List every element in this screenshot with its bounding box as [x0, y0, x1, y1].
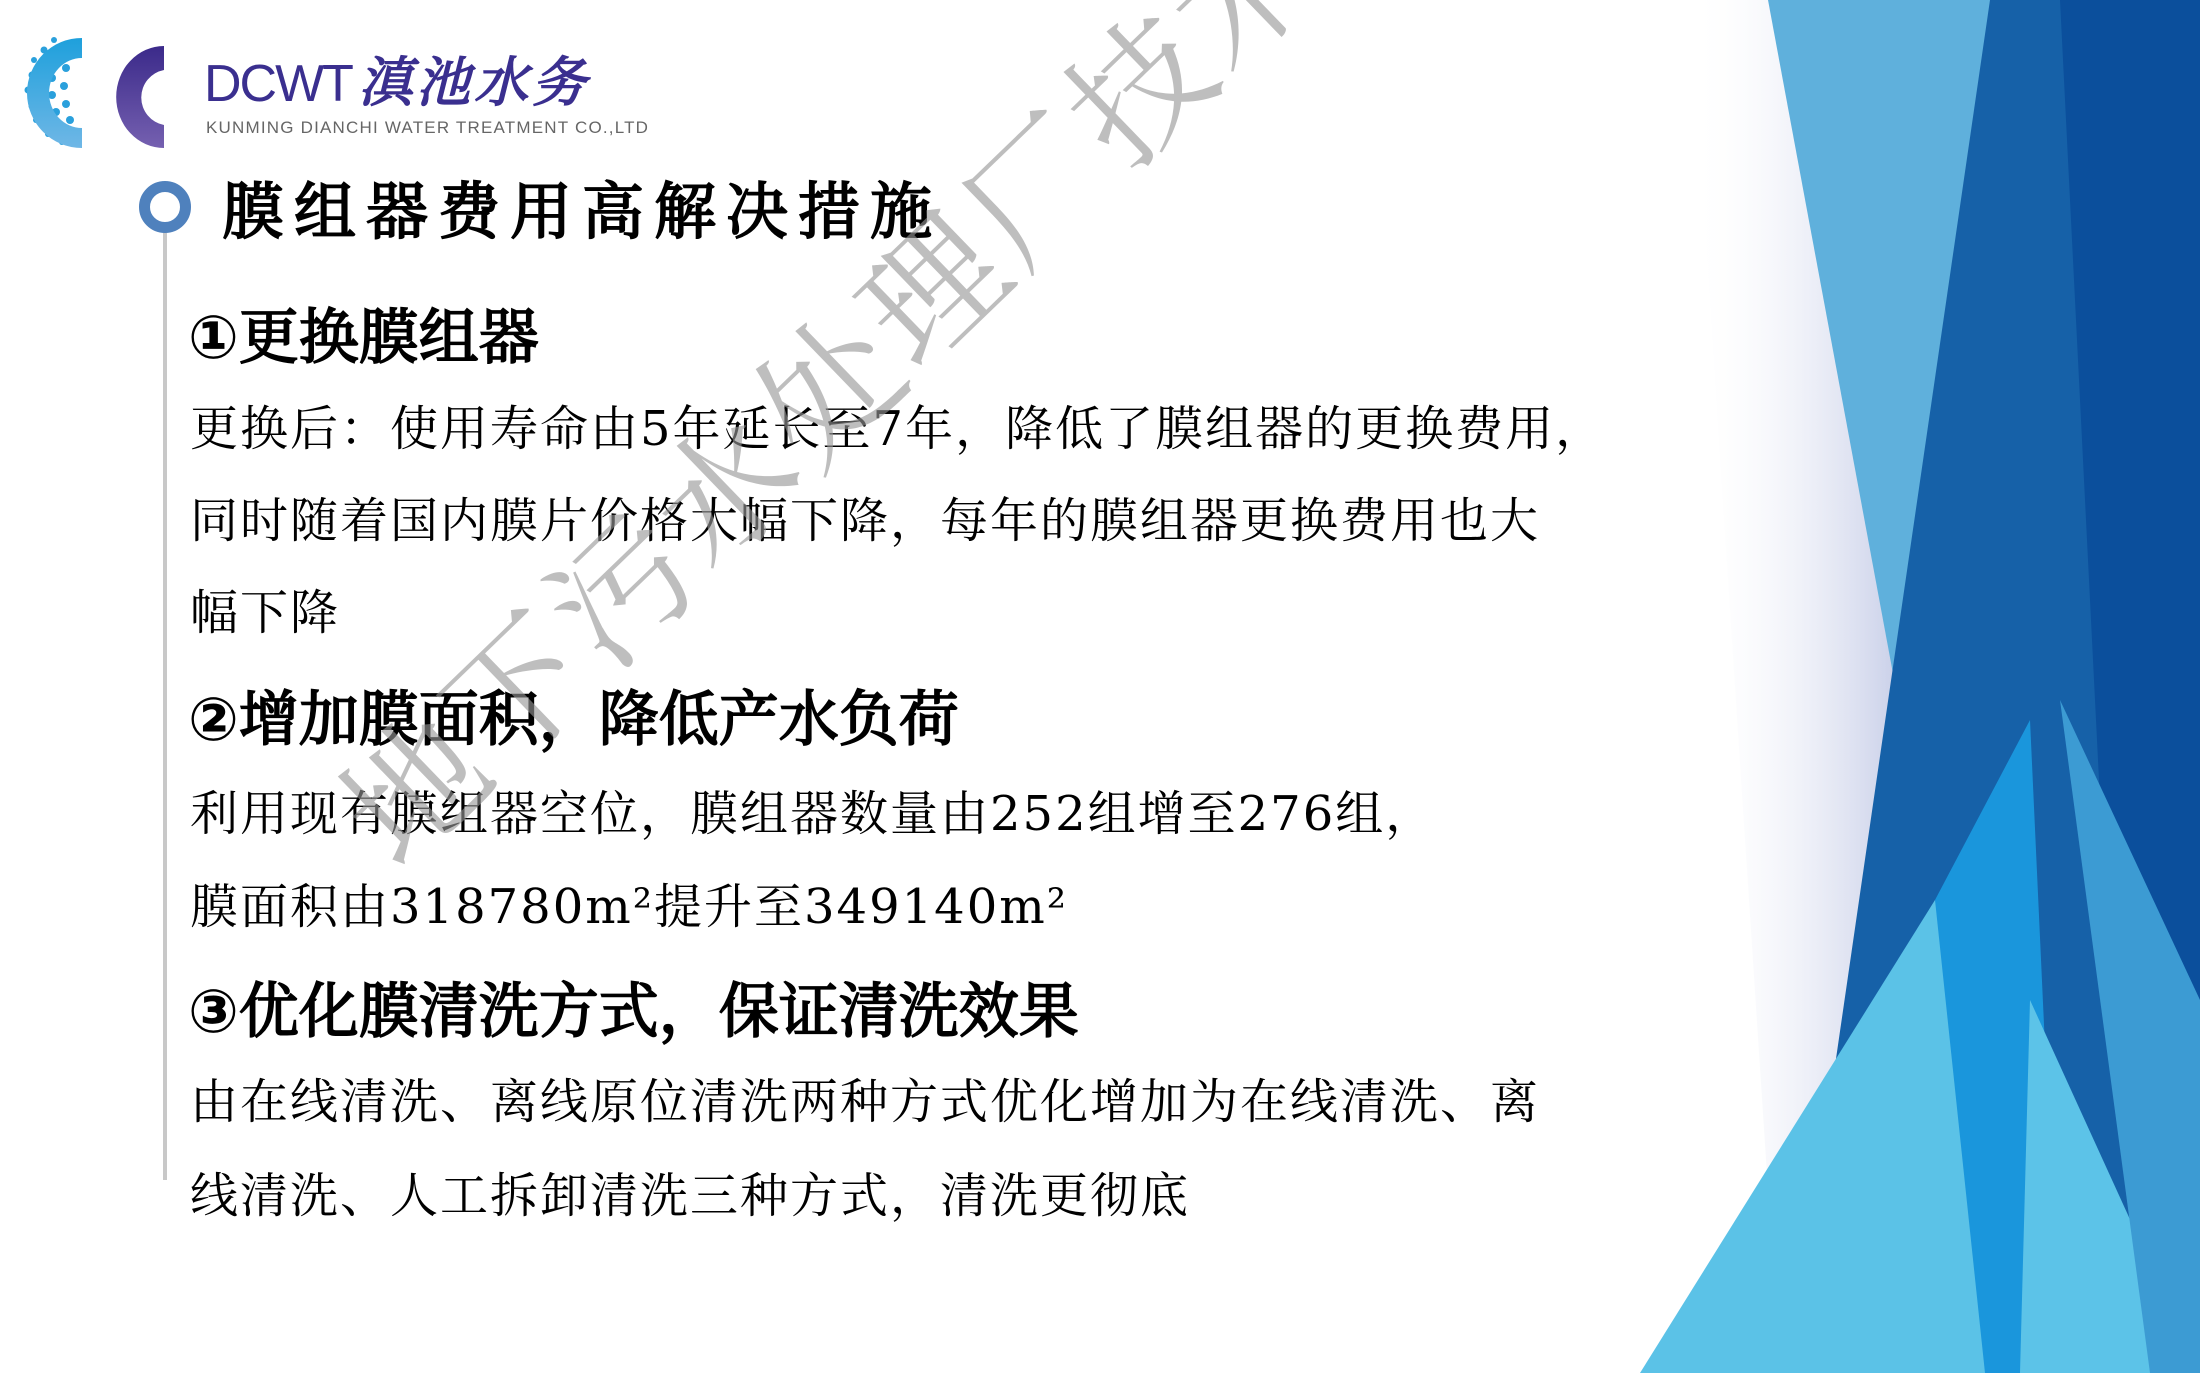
- section-heading-1: ①更换膜组器: [188, 290, 539, 376]
- logo-mark-icon: [14, 20, 174, 160]
- brand-name: DCWT滇池水务: [204, 40, 590, 117]
- timeline-line: [163, 220, 167, 1180]
- section-3-line-1: 由在线清洗、离线原位清洗两种方式优化增加为在线清洗、离: [190, 1063, 1540, 1132]
- section-2-line-2: 膜面积由318780m²提升至349140m²: [190, 868, 1068, 937]
- section-heading-3: ③优化膜清洗方式，保证清洗效果: [188, 964, 1079, 1050]
- section-1-line-2: 同时随着国内膜片价格大幅下降，每年的膜组器更换费用也大: [190, 482, 1540, 551]
- section-1-line-3: 幅下降: [190, 574, 340, 643]
- company-name: KUNMING DIANCHI WATER TREATMENT CO.,LTD: [206, 118, 649, 138]
- slide-title: 膜组器费用高解决措施: [222, 162, 942, 251]
- section-1-line-1: 更换后：使用寿命由5年延长至7年，降低了膜组器的更换费用，: [190, 390, 1605, 459]
- brand-cn: 滇池水务: [358, 50, 590, 114]
- section-3-line-2: 线清洗、人工拆卸清洗三种方式，清洗更彻底: [190, 1157, 1190, 1226]
- section-heading-2: ②增加膜面积，降低产水负荷: [188, 672, 959, 758]
- brand-en: DCWT: [204, 55, 352, 113]
- section-2-line-1: 利用现有膜组器空位，膜组器数量由252组增至276组，: [190, 775, 1435, 844]
- company-logo: DCWT滇池水务 KUNMING DIANCHI WATER TREATMENT…: [14, 20, 594, 160]
- circle-bullet-icon: [139, 181, 191, 233]
